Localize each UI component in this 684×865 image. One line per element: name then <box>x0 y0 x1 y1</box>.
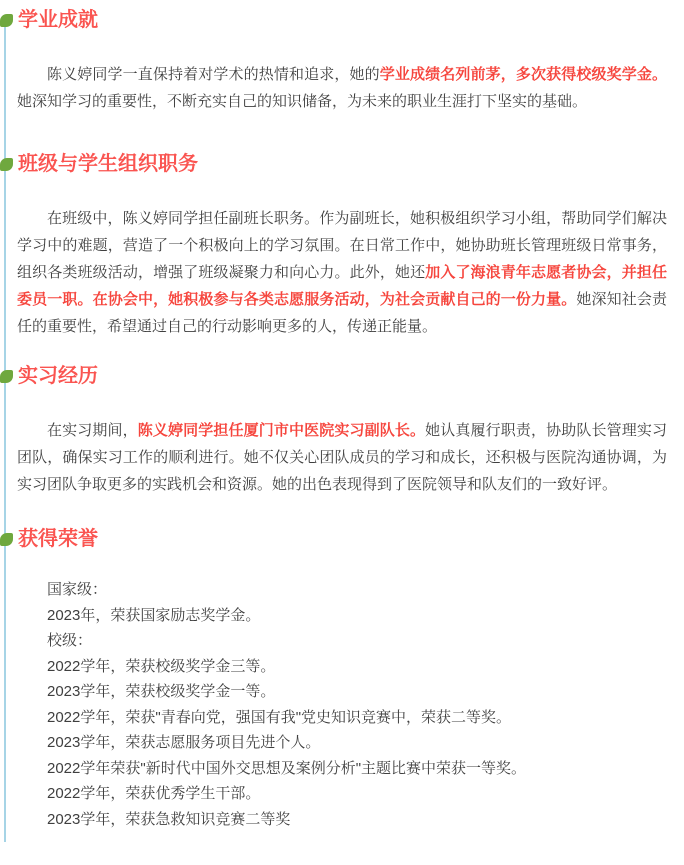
section-header: 学业成就 <box>0 9 684 31</box>
leaf-bullet-icon <box>0 370 13 383</box>
paragraph: 在班级中，陈义婷同学担任副班长职务。作为副班长，她积极组织学习小组，帮助同学们解… <box>17 205 667 340</box>
section-header: 班级与学生组织职务 <box>0 153 684 175</box>
leaf-bullet-icon <box>0 533 13 546</box>
leaf-bullet-icon <box>0 158 13 171</box>
section-title: 实习经历 <box>18 365 98 387</box>
highlighted-text: 学业成绩名列前茅，多次获得校级奖学金。 <box>380 66 667 83</box>
paragraph: 陈义婷同学一直保持着对学术的热情和追求，她的学业成绩名列前茅，多次获得校级奖学金… <box>17 61 667 115</box>
honor-item: 2022学年，荣获"青春向党，强国有我"党史知识竞赛中，荣获二等奖。 <box>17 705 667 731</box>
honor-item: 2023学年，荣获急救知识竞赛二等奖 <box>17 807 667 833</box>
section-title: 班级与学生组织职务 <box>18 153 198 175</box>
section-title: 学业成就 <box>18 9 98 31</box>
honor-item: 2022学年，荣获校级奖学金三等。 <box>17 654 667 680</box>
paragraph: 在实习期间，陈义婷同学担任厦门市中医院实习副队长。她认真履行职责，协助队长管理实… <box>17 417 667 498</box>
honors-list: 国家级：2023年，荣获国家励志奖学金。校级：2022学年，荣获校级奖学金三等。… <box>0 577 684 832</box>
highlighted-text: 陈义婷同学担任厦门市中医院实习副队长。 <box>138 422 425 439</box>
section-title: 获得荣誉 <box>18 528 98 550</box>
honor-item: 国家级： <box>17 577 667 603</box>
resume-document: 学业成就陈义婷同学一直保持着对学术的热情和追求，她的学业成绩名列前茅，多次获得校… <box>0 9 684 832</box>
honor-item: 2023年，荣获国家励志奖学金。 <box>17 603 667 629</box>
body-text: 陈义婷同学一直保持着对学术的热情和追求，她的 <box>47 66 380 83</box>
section-academic-achievements: 学业成就陈义婷同学一直保持着对学术的热情和追求，她的学业成绩名列前茅，多次获得校… <box>0 9 684 115</box>
honor-item: 2023学年，荣获校级奖学金一等。 <box>17 679 667 705</box>
leaf-bullet-icon <box>0 14 13 27</box>
body-text: 她深知学习的重要性，不断充实自己的知识储备，为未来的职业生涯打下坚实的基础。 <box>17 93 587 110</box>
section-header: 实习经历 <box>0 365 684 387</box>
honor-item: 2023学年，荣获志愿服务项目先进个人。 <box>17 730 667 756</box>
section-honors-received: 获得荣誉国家级：2023年，荣获国家励志奖学金。校级：2022学年，荣获校级奖学… <box>0 528 684 832</box>
honor-item: 校级： <box>17 628 667 654</box>
section-header: 获得荣誉 <box>0 528 684 550</box>
section-class-and-student-organization-roles: 班级与学生组织职务在班级中，陈义婷同学担任副班长职务。作为副班长，她积极组织学习… <box>0 153 684 340</box>
honor-item: 2022学年荣获"新时代中国外交思想及案例分析"主题比赛中荣获一等奖。 <box>17 756 667 782</box>
section-internship-experience: 实习经历在实习期间，陈义婷同学担任厦门市中医院实习副队长。她认真履行职责，协助队… <box>0 365 684 498</box>
body-text: 在实习期间， <box>47 422 138 439</box>
honor-item: 2022学年，荣获优秀学生干部。 <box>17 781 667 807</box>
